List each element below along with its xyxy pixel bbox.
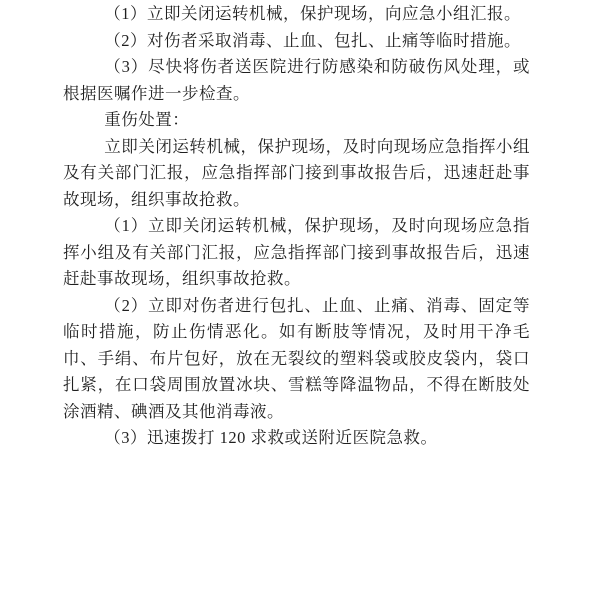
- document-page: （1）立即关闭运转机械，保护现场，向应急小组汇报。（2）对伤者采取消毒、止血、包…: [0, 0, 590, 604]
- paragraph: （1）立即关闭运转机械，保护现场，及时向现场应急指挥小组及有关部门汇报，应急指挥…: [63, 213, 530, 293]
- paragraph: （3）迅速拨打 120 求救或送附近医院急救。: [63, 425, 530, 452]
- paragraph: （2）立即对伤者进行包扎、止血、止痛、消毒、固定等临时措施，防止伤情恶化。如有断…: [63, 293, 530, 426]
- paragraph: 立即关闭运转机械，保护现场，及时向现场应急指挥小组及有关部门汇报，应急指挥部门接…: [63, 134, 530, 214]
- paragraph: （2）对伤者采取消毒、止血、包扎、止痛等临时措施。: [63, 28, 530, 55]
- paragraph: （3）尽快将伤者送医院进行防感染和防破伤风处理，或根据医嘱作进一步检查。: [63, 54, 530, 107]
- paragraph: （1）立即关闭运转机械，保护现场，向应急小组汇报。: [63, 1, 530, 28]
- document-body: （1）立即关闭运转机械，保护现场，向应急小组汇报。（2）对伤者采取消毒、止血、包…: [63, 1, 530, 452]
- paragraph: 重伤处置：: [63, 107, 530, 134]
